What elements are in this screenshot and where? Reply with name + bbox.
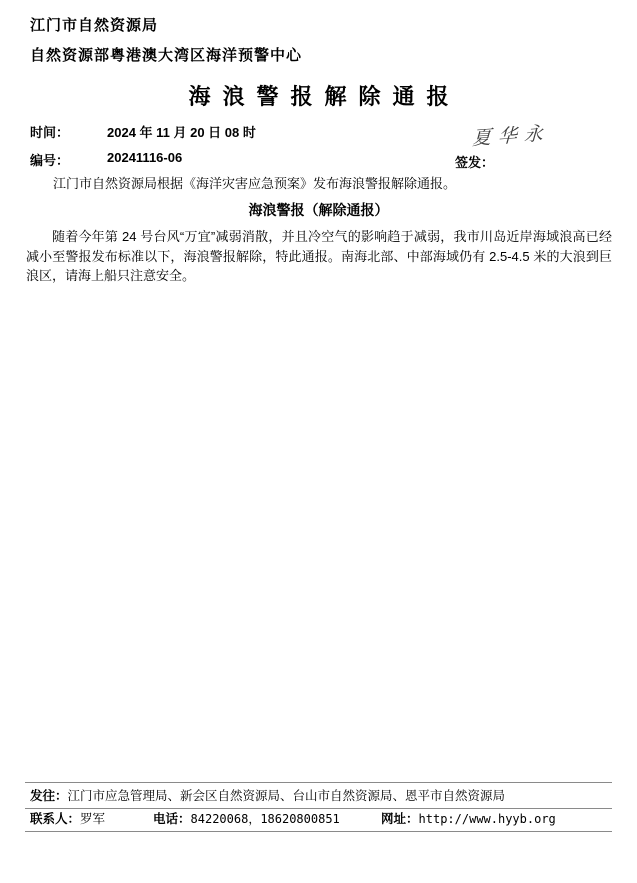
contact-name: 罗军	[80, 812, 105, 826]
notice-document-page: 江门市自然资源局 自然资源部粤港澳大湾区海洋预警中心 海浪警报解除通报 时间： …	[0, 0, 637, 883]
intro-paragraph: 江门市自然资源局根据《海洋灾害应急预案》发布海浪警报解除通报。	[27, 175, 612, 192]
website-segment: 网址：http://www.hyyb.org	[381, 809, 556, 830]
document-number-label: 编号：	[30, 150, 69, 169]
dispatch-label: 发往：	[30, 789, 68, 803]
contact-segment: 联系人：罗军	[30, 809, 105, 830]
document-title: 海浪警报解除通报	[0, 80, 637, 111]
document-number-value: 20241116-06	[107, 150, 182, 165]
issuer-label: 签发：	[455, 152, 494, 171]
notice-body-paragraph: 随着今年第 24 号台风“万宜”减弱消散，并且冷空气的影响趋于减弱，我市川岛近岸…	[26, 227, 612, 286]
issuer-handwritten-signature: 夏华永	[472, 118, 551, 151]
dispatch-recipients: 江门市应急管理局、新会区自然资源局、台山市自然资源局、恩平市自然资源局	[68, 789, 506, 803]
phone-segment: 电话：84220068，18620800851	[153, 809, 340, 830]
contact-row: 联系人：罗军 电话：84220068，18620800851 网址：http:/…	[25, 809, 612, 832]
issuing-org-secondary: 自然资源部粤港澳大湾区海洋预警中心	[30, 44, 302, 65]
document-footer: 发往：江门市应急管理局、新会区自然资源局、台山市自然资源局、恩平市自然资源局 联…	[25, 782, 612, 832]
dispatch-row: 发往：江门市应急管理局、新会区自然资源局、台山市自然资源局、恩平市自然资源局	[25, 782, 612, 809]
issuing-org-primary: 江门市自然资源局	[30, 14, 158, 35]
contact-label: 联系人：	[30, 812, 80, 826]
website-url: http://www.hyyb.org	[419, 812, 556, 826]
time-label: 时间：	[30, 122, 69, 141]
phone-numbers: 84220068，18620800851	[191, 812, 340, 826]
website-label: 网址：	[381, 812, 419, 826]
phone-label: 电话：	[153, 812, 191, 826]
notice-heading: 海浪警报（解除通报）	[0, 200, 637, 220]
time-value: 2024 年 11 月 20 日 08 时	[107, 122, 256, 141]
